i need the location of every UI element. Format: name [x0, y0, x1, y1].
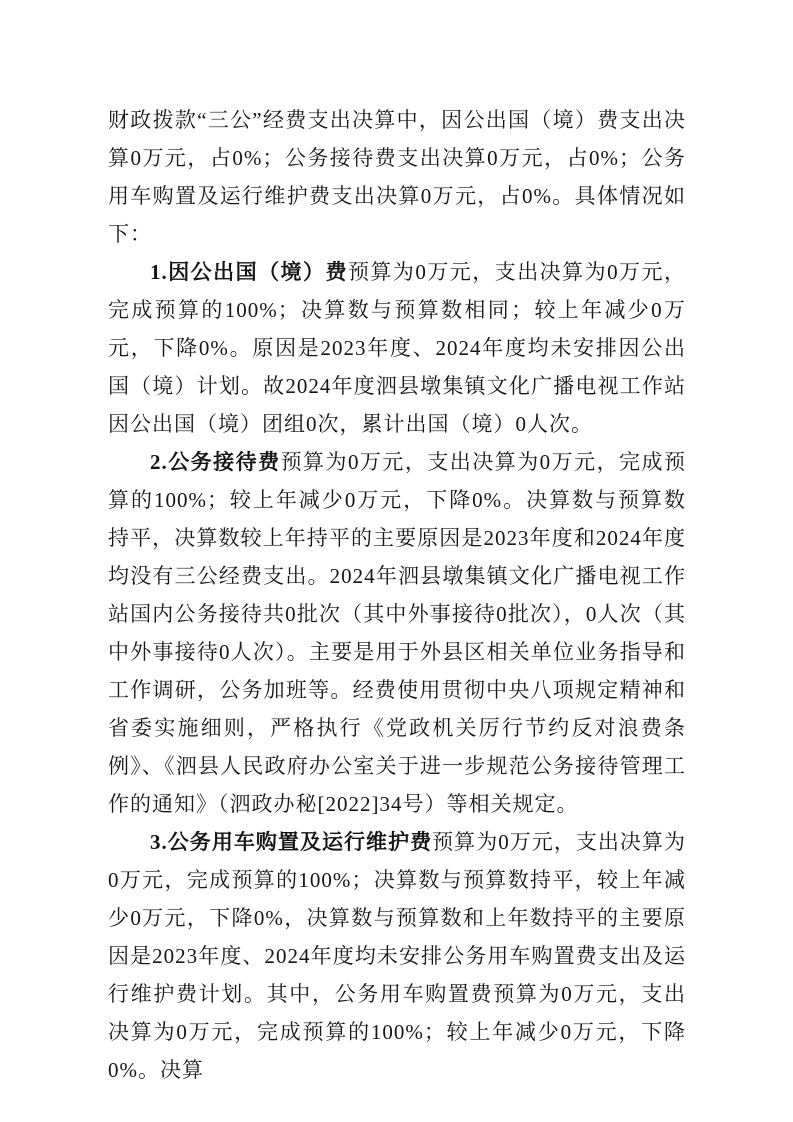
paragraph-section-2-official-reception: 2.公务接待费预算为0万元，支出决算为0万元，完成预算的100%；较上年减少0万…: [108, 443, 686, 823]
section-1-heading: 1.因公出国（境）费: [150, 260, 348, 284]
paragraph-intro-text: 财政拨款“三公”经费支出决算中，因公出国（境）费支出决算0万元，占0%；公务接待…: [108, 108, 686, 246]
document-body-text: 财政拨款“三公”经费支出决算中，因公出国（境）费支出决算0万元，占0%；公务接待…: [108, 101, 686, 1089]
section-2-text: 预算为0万元，支出决算为0万元，完成预算的100%；较上年减少0万元，下降0%。…: [108, 450, 686, 816]
section-1-text: 预算为0万元，支出决算为0万元，完成预算的100%；决算数与预算数相同；较上年减…: [108, 260, 686, 436]
paragraph-intro: 财政拨款“三公”经费支出决算中，因公出国（境）费支出决算0万元，占0%；公务接待…: [108, 101, 686, 253]
document-page: 财政拨款“三公”经费支出决算中，因公出国（境）费支出决算0万元，占0%；公务接待…: [0, 0, 793, 1122]
section-2-heading: 2.公务接待费: [150, 450, 281, 474]
paragraph-section-1-overseas-travel: 1.因公出国（境）费预算为0万元，支出决算为0万元，完成预算的100%；决算数与…: [108, 253, 686, 443]
section-3-heading: 3.公务用车购置及运行维护费: [150, 830, 432, 854]
paragraph-section-3-official-vehicles: 3.公务用车购置及运行维护费预算为0万元，支出决算为0万元，完成预算的100%；…: [108, 823, 686, 1089]
section-3-text: 预算为0万元，支出决算为0万元，完成预算的100%；决算数与预算数持平，较上年减…: [108, 830, 686, 1082]
